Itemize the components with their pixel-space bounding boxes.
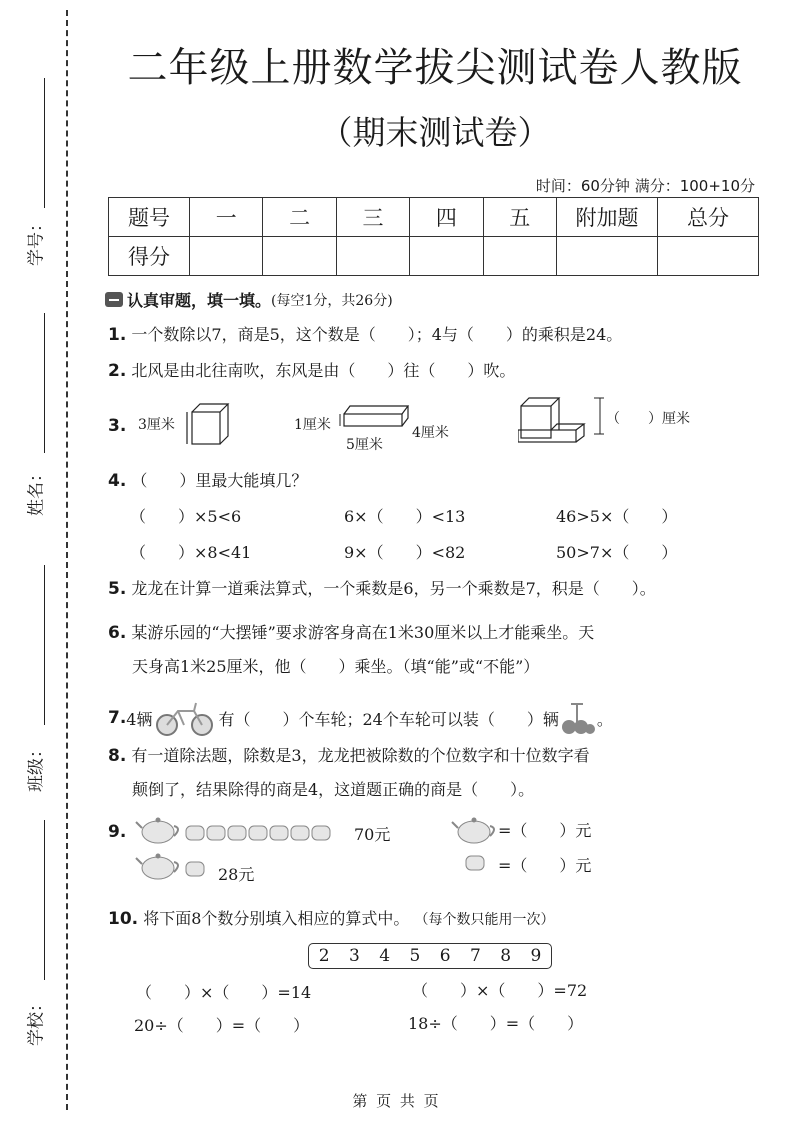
question-text: 有一道除法题，除数是3，龙龙把被除数的个位数字和十位数字看 [131, 746, 589, 765]
score-table-score-row: 得分 [109, 237, 759, 276]
q4-item[interactable]: （ ）×8<41 [130, 540, 251, 563]
box-width-label: 4厘米 [412, 422, 449, 442]
binding-dashed-line [66, 10, 68, 1110]
question-number: 4. [108, 471, 126, 491]
question-6-line-2: 天身高1米25厘米，他（ ）乘坐。（填“能”或“不能”） [132, 654, 539, 677]
school-label: 学校： [22, 991, 47, 1051]
page-footer: 第 页 共 页 [0, 1090, 793, 1111]
question-4: 4. （ ）里最大能填几？ [108, 468, 307, 491]
score-cell[interactable] [483, 237, 556, 276]
question-number: 2. [108, 361, 126, 381]
question-7: 7. 4辆 有（ ）个车轮；24个车轮可以装（ ）辆 。 [108, 699, 613, 737]
score-header-cell: 四 [410, 198, 483, 237]
box-length-label: 5厘米 [346, 434, 383, 454]
price-set-2: 28元 [218, 862, 254, 885]
name-line[interactable] [44, 313, 45, 453]
question-1: 1. 一个数除以7，商是5，这个数是（ ）；4与（ ）的乘积是24。 [108, 322, 622, 345]
question-text: 4辆 [126, 707, 152, 730]
question-text: 某游乐园的“大摆锤”要求游客身高在1米30厘米以上才能乘坐。天 [131, 623, 594, 642]
question-6: 6. 某游乐园的“大摆锤”要求游客身高在1米30厘米以上才能乘坐。天 [108, 620, 594, 643]
teapot-and-seven-cups-icon [134, 814, 346, 844]
number-chip: 6 [440, 946, 451, 966]
number-chip: 5 [409, 946, 420, 966]
question-text: 有（ ）个车轮；24个车轮可以装（ ）辆 [218, 707, 558, 730]
stacked-shapes-icon [518, 396, 606, 444]
question-number: 6. [108, 623, 126, 643]
question-5: 5. 龙龙在计算一道乘法算式，一个乘数是6，另一个乘数是7，积是（ ）。 [108, 576, 656, 599]
score-cell[interactable] [190, 237, 263, 276]
question-8: 8. 有一道除法题，除数是3，龙龙把被除数的个位数字和十位数字看 [108, 743, 590, 766]
score-table-header-row: 题号 一 二 三 四 五 附加题 总分 [109, 198, 759, 237]
q4-item[interactable]: （ ）×5<6 [130, 504, 241, 527]
question-3-number: 3. [108, 416, 126, 436]
score-cell[interactable] [557, 237, 658, 276]
question-text: 一个数除以7，商是5，这个数是（ ）；4与（ ）的乘积是24。 [131, 325, 622, 344]
question-number: 1. [108, 325, 126, 345]
q4-item[interactable]: 50>7×（ ） [556, 540, 677, 563]
question-number: 3. [108, 416, 126, 436]
number-chip: 4 [379, 946, 390, 966]
q10-equation[interactable]: （ ）×（ ）=72 [412, 978, 587, 1001]
score-header-cell: 五 [483, 198, 556, 237]
q10-equation[interactable]: 20÷（ ）=（ ） [134, 1013, 309, 1036]
q10-equation[interactable]: （ ）×（ ）=14 [136, 980, 311, 1003]
tricycle-icon [561, 700, 595, 736]
number-chip: 3 [349, 946, 360, 966]
question-text: 龙龙在计算一道乘法算式，一个乘数是6，另一个乘数是7，积是（ ）。 [131, 579, 655, 598]
section-note: (每空1分，共26分) [271, 290, 393, 310]
score-header-cell: 总分 [658, 198, 759, 237]
score-row-label: 得分 [109, 237, 190, 276]
height-answer[interactable]: （ ）厘米 [606, 408, 690, 428]
score-header-cell: 一 [190, 198, 263, 237]
q4-item[interactable]: 46>5×（ ） [556, 504, 677, 527]
bicycle-icon [154, 699, 216, 737]
score-header-cell: 附加题 [557, 198, 658, 237]
question-number: 8. [108, 746, 126, 766]
section-number-one-icon [105, 292, 123, 307]
score-cell[interactable] [263, 237, 336, 276]
number-chip: 9 [530, 946, 541, 966]
question-text: 将下面8个数分别填入相应的算式中。 [143, 909, 409, 928]
price-set-1: 70元 [354, 822, 390, 845]
student-id-label: 学号： [22, 211, 47, 271]
q10-equation[interactable]: 18÷（ ）=（ ） [408, 1011, 583, 1034]
question-8-line-2: 颠倒了，结果除得的商是4，这道题正确的商是（ ）。 [132, 777, 534, 800]
score-header-cell: 三 [336, 198, 409, 237]
question-2: 2. 北风是由北往南吹，东风是由（ ）往（ ）吹。 [108, 358, 515, 381]
page-subtitle: （期末测试卷） [110, 107, 760, 154]
score-cell[interactable] [410, 237, 483, 276]
score-header-cell: 二 [263, 198, 336, 237]
number-set-box: 2 3 4 5 6 7 8 9 [308, 943, 552, 969]
exam-meta: 时间：60分钟 满分：100+10分 [536, 175, 755, 196]
score-cell[interactable] [336, 237, 409, 276]
score-cell[interactable] [658, 237, 759, 276]
cuboid-icon [338, 404, 410, 436]
question-note: （每个数只能用一次） [415, 912, 555, 928]
teapot-price-answer[interactable]: =（ ）元 [498, 818, 591, 841]
score-table: 题号 一 二 三 四 五 附加题 总分 得分 [108, 197, 759, 276]
school-line[interactable] [44, 820, 45, 980]
q4-item[interactable]: 9×（ ）<82 [344, 540, 465, 563]
page-title: 二年级上册数学拔尖测试卷人教版 [110, 36, 760, 93]
cup-icon [464, 852, 490, 874]
class-label: 班级： [22, 737, 47, 797]
question-text: （ ）里最大能填几？ [131, 471, 307, 490]
question-10: 10. 将下面8个数分别填入相应的算式中。 （每个数只能用一次） [108, 906, 555, 929]
section-title: 认真审题，填一填。 [127, 288, 271, 311]
question-number: 9. [108, 822, 126, 842]
number-chip: 7 [470, 946, 481, 966]
section-header: 认真审题，填一填。 (每空1分，共26分) [105, 288, 393, 311]
cube-edge-label: 3厘米 [138, 414, 175, 434]
teapot-and-one-cup-icon [134, 850, 214, 882]
question-number: 10. [108, 909, 138, 929]
question-9-number: 9. [108, 822, 126, 842]
q4-item[interactable]: 6×（ ）<13 [344, 504, 465, 527]
question-number: 7. [108, 708, 126, 728]
number-chip: 8 [500, 946, 511, 966]
box-height-label: 1厘米 [294, 414, 331, 434]
score-header-cell: 题号 [109, 198, 190, 237]
class-line[interactable] [44, 565, 45, 725]
name-label: 姓名： [22, 461, 47, 521]
question-text: 。 [597, 707, 613, 730]
teapot-icon [450, 814, 502, 844]
student-id-line[interactable] [44, 78, 45, 208]
question-text: 北风是由北往南吹，东风是由（ ）往（ ）吹。 [131, 361, 515, 380]
question-number: 5. [108, 579, 126, 599]
cup-price-answer[interactable]: =（ ）元 [498, 853, 591, 876]
cube-icon [184, 400, 234, 446]
number-chip: 2 [319, 946, 330, 966]
